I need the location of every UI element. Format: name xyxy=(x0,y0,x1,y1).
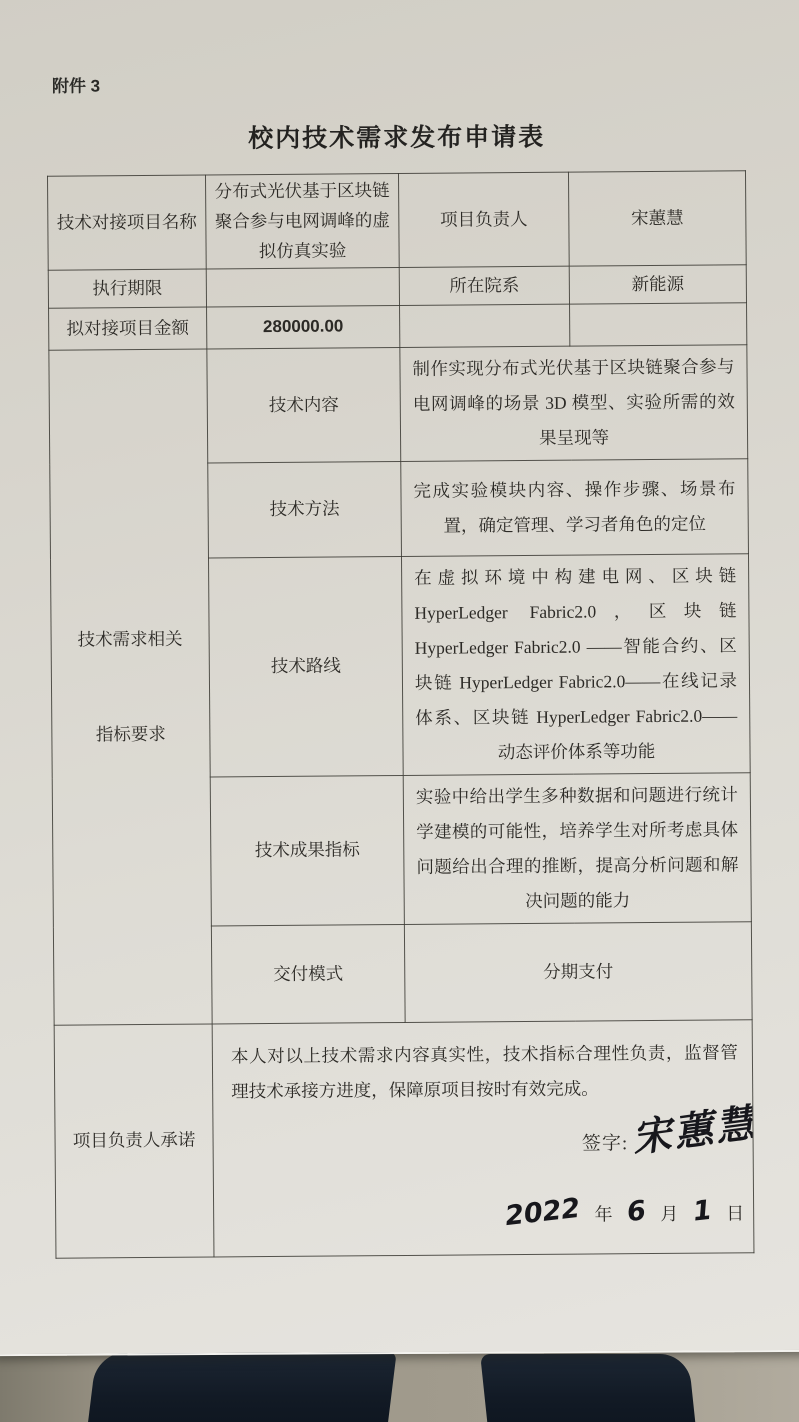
requirements-label-line2: 指标要求 xyxy=(58,720,203,751)
requirements-label-line1: 技术需求相关 xyxy=(58,624,203,655)
date-year-handwriting: 2022 xyxy=(503,1186,583,1240)
amount-empty-cell-2 xyxy=(570,303,747,346)
photo-of-form: { "page": { "attachment": "附件 3", "title… xyxy=(0,0,799,1422)
page-title: 校内技术需求发布申请表 xyxy=(0,116,796,156)
department-value: 新能源 xyxy=(569,265,746,304)
commitment-cell: 本人对以上技术需求内容真实性，技术指标合理性负责，监督管理技术承接方进度，保障原… xyxy=(212,1020,754,1257)
period-label: 执行期限 xyxy=(48,269,206,308)
department-label: 所在院系 xyxy=(399,266,569,305)
signature-handwriting: 宋蕙慧 xyxy=(628,1090,754,1172)
project-name-label: 技术对接项目名称 xyxy=(47,175,206,270)
tech-outcome-label: 技术成果指标 xyxy=(210,776,404,927)
application-form-table: 技术对接项目名称 分布式光伏基于区块链聚合参与电网调峰的虚拟仿真实验 项目负责人… xyxy=(47,170,754,1259)
left-leg xyxy=(87,1352,396,1422)
requirements-section-label: 技术需求相关 指标要求 xyxy=(49,349,212,1025)
tech-content-label: 技术内容 xyxy=(207,348,401,464)
date-month-handwriting: 6 xyxy=(625,1189,649,1237)
leader-label: 项目负责人 xyxy=(398,172,569,268)
commitment-inner: 本人对以上技术需求内容真实性，技术指标合理性负责，监督管理技术承接方进度，保障原… xyxy=(213,1021,754,1256)
right-leg xyxy=(480,1354,696,1422)
commitment-text: 本人对以上技术需求内容真实性，技术指标合理性负责，监督管理技术承接方进度，保障原… xyxy=(231,1036,739,1110)
delivery-mode-label: 交付模式 xyxy=(211,925,405,1025)
date-year-unit: 年 xyxy=(594,1205,612,1225)
row-tech-content: 技术需求相关 指标要求 技术内容 制作实现分布式光伏基于区块链聚合参与电网调峰的… xyxy=(49,345,748,464)
tech-route-value: 在虚拟环境中构建电网、区块链 HyperLedger Fabric2.0，区块链… xyxy=(401,554,750,776)
delivery-mode-value: 分期支付 xyxy=(404,922,752,1023)
date-day-unit: 日 xyxy=(726,1204,744,1224)
paper-sheet: 附件 3 校内技术需求发布申请表 技术对接项目名称 分布式光伏基于区块链聚合参与… xyxy=(0,0,799,1356)
amount-label: 拟对接项目金额 xyxy=(49,307,207,350)
leader-value: 宋蕙慧 xyxy=(568,171,746,267)
row-project-name: 技术对接项目名称 分布式光伏基于区块链聚合参与电网调峰的虚拟仿真实验 项目负责人… xyxy=(47,171,746,271)
tech-method-label: 技术方法 xyxy=(208,462,402,559)
period-value xyxy=(206,268,399,308)
date-day-handwriting: 1 xyxy=(690,1188,714,1236)
amount-value: 280000.00 xyxy=(207,306,400,350)
project-name-value: 分布式光伏基于区块链聚合参与电网调峰的虚拟仿真实验 xyxy=(205,173,399,269)
tech-content-value: 制作实现分布式光伏基于区块链聚合参与电网调峰的场景 3D 模型、实验所需的效果呈… xyxy=(400,345,748,462)
amount-empty-cell-1 xyxy=(400,304,570,347)
signature-row: 签字: 宋蕙慧 xyxy=(582,1102,754,1170)
tech-method-value: 完成实验模块内容、操作步骤、场景布置，确定管理、学习者角色的定位 xyxy=(401,459,749,557)
signature-label: 签字: xyxy=(582,1133,628,1154)
date-row: 2022 年 6 月 1 日 xyxy=(498,1189,748,1237)
row-amount: 拟对接项目金额 280000.00 xyxy=(49,303,747,350)
date-month-unit: 月 xyxy=(660,1204,678,1224)
tech-outcome-value: 实验中给出学生多种数据和问题进行统计学建模的可能性，培养学生对所考虑具体问题给出… xyxy=(403,773,751,925)
attachment-label: 附件 3 xyxy=(52,72,100,97)
row-period-department: 执行期限 所在院系 新能源 xyxy=(48,265,746,308)
paper-content: 附件 3 校内技术需求发布申请表 技术对接项目名称 分布式光伏基于区块链聚合参与… xyxy=(0,0,799,1354)
commitment-label: 项目负责人承诺 xyxy=(54,1024,214,1258)
row-commitment: 项目负责人承诺 本人对以上技术需求内容真实性，技术指标合理性负责，监督管理技术承… xyxy=(54,1020,754,1258)
tech-route-label: 技术路线 xyxy=(208,557,403,778)
